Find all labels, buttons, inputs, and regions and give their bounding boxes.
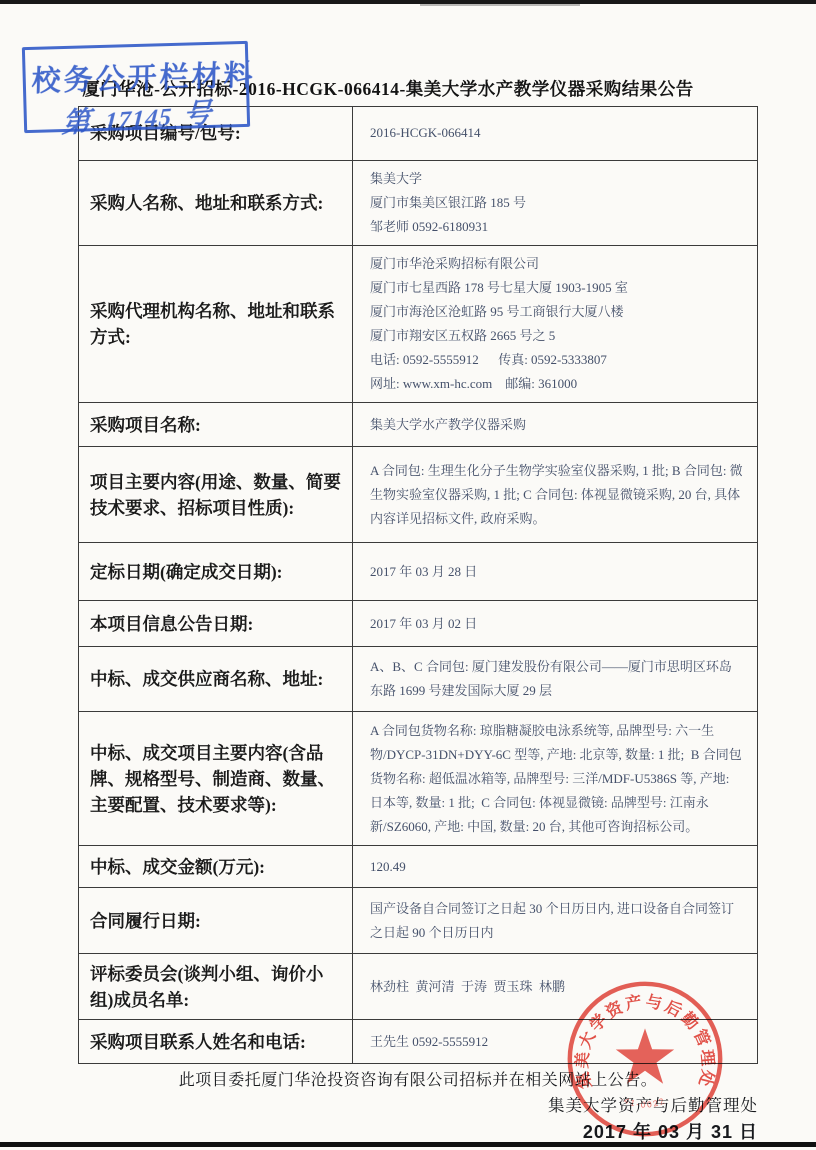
table-row: 本项目信息公告日期:2017 年 03 月 02 日 xyxy=(79,601,758,647)
table-row: 采购人名称、地址和联系方式:集美大学 厦门市集美区银江路 185 号 邹老师 0… xyxy=(79,161,758,246)
row-value: 2016-HCGK-066414 xyxy=(353,107,758,161)
row-label: 中标、成交金额(万元): xyxy=(79,846,353,888)
row-value: 集美大学 厦门市集美区银江路 185 号 邹老师 0592-6180931 xyxy=(353,161,758,246)
row-value: 厦门市华沧采购招标有限公司 厦门市七星西路 178 号七星大厦 1903-190… xyxy=(353,246,758,403)
row-value: 国产设备自合同签订之日起 30 个日历日内, 进口设备自合同签订之日起 90 个… xyxy=(353,888,758,954)
scan-edge-top xyxy=(0,0,816,4)
table-row: 采购项目名称:集美大学水产教学仪器采购 xyxy=(79,403,758,447)
row-value: 集美大学水产教学仪器采购 xyxy=(353,403,758,447)
row-value: 2017 年 03 月 02 日 xyxy=(353,601,758,647)
table-body: 采购项目编号/包号:2016-HCGK-066414采购人名称、地址和联系方式:… xyxy=(79,107,758,1064)
row-label: 采购项目联系人姓名和电话: xyxy=(79,1020,353,1064)
table-row: 中标、成交项目主要内容(含品牌、规格型号、制造商、数量、主要配置、技术要求等):… xyxy=(79,712,758,846)
seal-star-icon xyxy=(616,1028,674,1083)
row-value: A、B、C 合同包: 厦门建发股份有限公司——厦门市思明区环岛东路 1699 号… xyxy=(353,647,758,712)
table-row: 合同履行日期:国产设备自合同签订之日起 30 个日历日内, 进口设备自合同签订之… xyxy=(79,888,758,954)
row-value: 2017 年 03 月 28 日 xyxy=(353,543,758,601)
row-value: A 合同包: 生理生化分子生物学实验室仪器采购, 1 批; B 合同包: 微生物… xyxy=(353,447,758,543)
stamp-number: 17145 xyxy=(104,104,173,136)
seal-code-text: 41-0022 xyxy=(623,1095,668,1110)
table-row: 项目主要内容(用途、数量、简要技术要求、招标项目性质):A 合同包: 生理生化分… xyxy=(79,447,758,543)
scanned-document-page: { "page": { "title": "厦门华沧-公开招标-2016-HCG… xyxy=(0,0,816,1150)
row-value: 120.49 xyxy=(353,846,758,888)
row-label: 采购项目名称: xyxy=(79,403,353,447)
table-row: 采购代理机构名称、地址和联系方式:厦门市华沧采购招标有限公司 厦门市七星西路 1… xyxy=(79,246,758,403)
row-label: 中标、成交项目主要内容(含品牌、规格型号、制造商、数量、主要配置、技术要求等): xyxy=(79,712,353,846)
row-label: 中标、成交供应商名称、地址: xyxy=(79,647,353,712)
row-label: 定标日期(确定成交日期): xyxy=(79,543,353,601)
table-row: 中标、成交供应商名称、地址:A、B、C 合同包: 厦门建发股份有限公司——厦门市… xyxy=(79,647,758,712)
row-label: 采购代理机构名称、地址和联系方式: xyxy=(79,246,353,403)
table-row: 中标、成交金额(万元):120.49 xyxy=(79,846,758,888)
row-label: 采购人名称、地址和联系方式: xyxy=(79,161,353,246)
stamp-number-prefix: 第 xyxy=(61,105,106,139)
blue-stamp-text: 校务公开栏材料 xyxy=(31,53,252,100)
row-label: 本项目信息公告日期: xyxy=(79,601,353,647)
row-value: A 合同包货物名称: 琼脂糖凝胶电泳系统等, 品牌型号: 六一生物/DYCP-3… xyxy=(353,712,758,846)
row-label: 项目主要内容(用途、数量、简要技术要求、招标项目性质): xyxy=(79,447,353,543)
procurement-result-table: 采购项目编号/包号:2016-HCGK-066414采购人名称、地址和联系方式:… xyxy=(78,106,758,1064)
red-seal-graphic: 集美大学资产与后勤管理处 41-0022 xyxy=(551,965,739,1150)
red-official-seal: 集美大学资产与后勤管理处 41-0022 xyxy=(551,965,739,1150)
row-label: 评标委员会(谈判小组、询价小组)成员名单: xyxy=(79,954,353,1020)
table-row: 定标日期(确定成交日期):2017 年 03 月 28 日 xyxy=(79,543,758,601)
stamp-number-suffix: 号 xyxy=(171,98,216,132)
row-label: 合同履行日期: xyxy=(79,888,353,954)
